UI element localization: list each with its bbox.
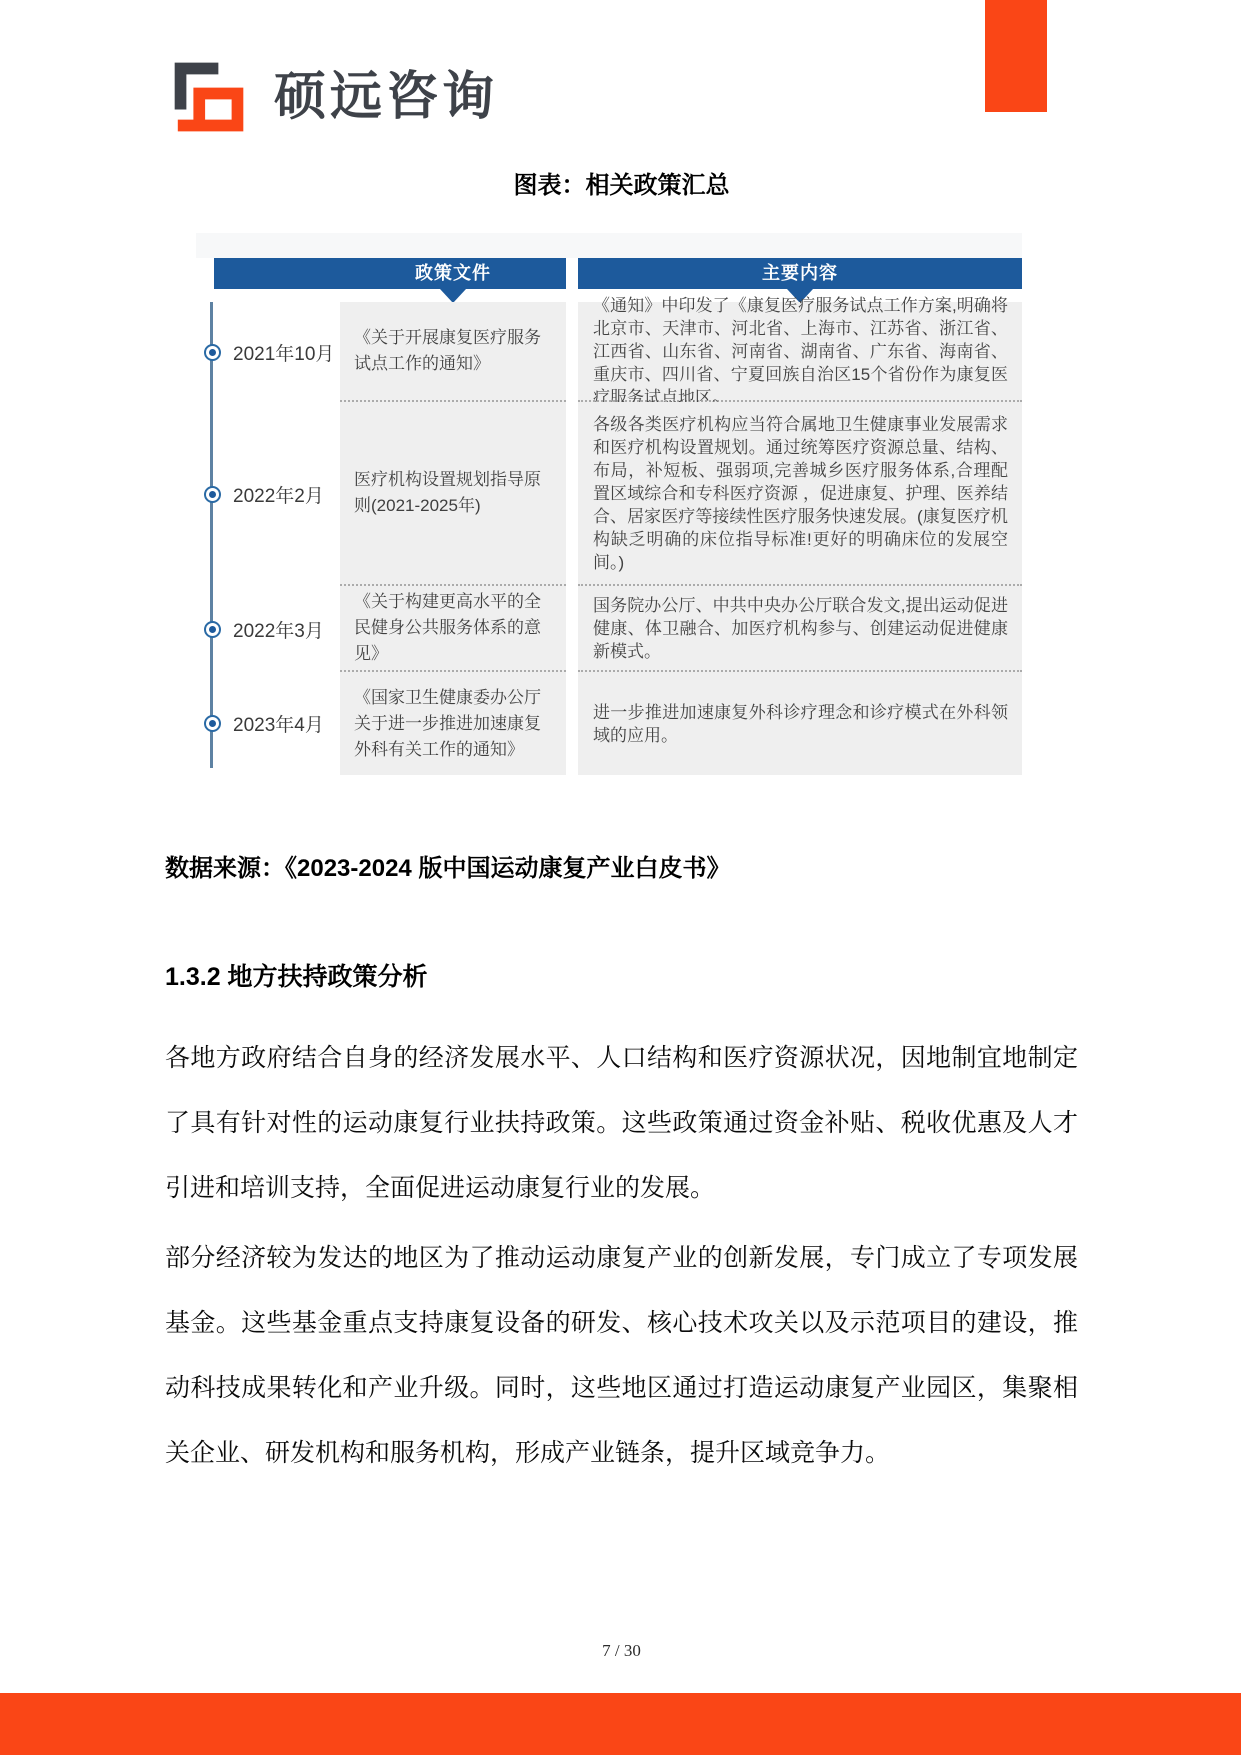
policy-column-header-label: 政策文件 (415, 263, 491, 283)
figure-top-band (196, 233, 1022, 258)
body-paragraph: 各地方政府结合自身的经济发展水平、人口结构和医疗资源状况，因地制宜地制定了具有针… (165, 1026, 1078, 1221)
policy-cell: 《关于构建更高水平的全民健身公共服务体系的意见》 (340, 586, 566, 672)
table-header-row: 政策文件 主要内容 (196, 258, 1022, 289)
timeline-dot-icon (204, 486, 221, 503)
timeline-date: 2023年4月 (233, 710, 324, 737)
timeline-date: 2022年2月 (233, 481, 324, 508)
body-paragraph: 部分经济较为发达的地区为了推动运动康复产业的创新发展，专门成立了专项发展基金。这… (165, 1226, 1078, 1486)
column-gap (566, 302, 578, 402)
column-header-policy: 政策文件 (214, 258, 566, 289)
timeline-date-cell: 2023年4月 (196, 672, 340, 775)
timeline-date-cell: 2022年2月 (196, 402, 340, 586)
policy-cell: 《关于开展康复医疗服务试点工作的通知》 (340, 302, 566, 402)
timeline-dot-icon (204, 715, 221, 732)
column-gap (566, 672, 578, 775)
timeline-date: 2022年3月 (233, 616, 324, 643)
brand-logo-text: 硕远咨询 (274, 58, 498, 136)
content-cell: 进一步推进加速康复外科诊疗理念和诊疗模式在外科领域的应用。 (578, 672, 1022, 775)
page-number: 7 / 30 (165, 1641, 1078, 1661)
column-gap (566, 402, 578, 586)
timeline-dot-icon (204, 621, 221, 638)
timeline-dot-icon (204, 344, 221, 361)
top-right-accent-block (985, 0, 1047, 112)
body-text-block: 各地方政府结合自身的经济发展水平、人口结构和医疗资源状况，因地制宜地制定了具有针… (165, 1026, 1078, 1491)
header-timeline-spacer (214, 258, 340, 289)
section-heading: 1.3.2 地方扶持政策分析 (165, 957, 1078, 993)
header-column-gap (566, 258, 578, 289)
document-page: 硕远咨询 图表：相关政策汇总 政策文件 主要内容 (0, 0, 1241, 1755)
content-column-header-label: 主要内容 (762, 263, 838, 283)
table-body: 2021年10月 《关于开展康复医疗服务试点工作的通知》 《通知》中印发了《康复… (196, 302, 1022, 775)
timeline-date: 2021年10月 (233, 339, 334, 366)
column-header-content: 主要内容 (578, 258, 1022, 289)
header-arrow-down-icon (440, 289, 466, 303)
content-cell: 国务院办公厅、中共中央办公厅联合发文,提出运动促进健康、体卫融合、加医疗机构参与… (578, 586, 1022, 672)
content-cell: 《通知》中印发了《康复医疗服务试点工作方案,明确将北京市、天津市、河北省、上海市… (578, 302, 1022, 402)
bottom-accent-bar (0, 1693, 1241, 1755)
column-gap (566, 586, 578, 672)
brand-logo: 硕远咨询 (170, 58, 498, 136)
brand-logo-icon (170, 58, 248, 136)
policy-summary-figure: 政策文件 主要内容 2021年10月 《关于开展康复医疗服务试点工作的通知》 (196, 233, 1022, 775)
figure-title: 图表：相关政策汇总 (165, 165, 1078, 200)
timeline-date-cell: 2021年10月 (196, 302, 340, 402)
policy-cell: 《国家卫生健康委办公厅关于进一步推进加速康复外科有关工作的通知》 (340, 672, 566, 775)
timeline-date-cell: 2022年3月 (196, 586, 340, 672)
data-source-line: 数据来源：《2023-2024 版中国运动康复产业白皮书》 (165, 848, 1078, 883)
policy-cell: 医疗机构设置规划指导原则(2021-2025年) (340, 402, 566, 586)
content-cell: 各级各类医疗机构应当符合属地卫生健康事业发展需求和医疗机构设置规划。通过统筹医疗… (578, 402, 1022, 586)
